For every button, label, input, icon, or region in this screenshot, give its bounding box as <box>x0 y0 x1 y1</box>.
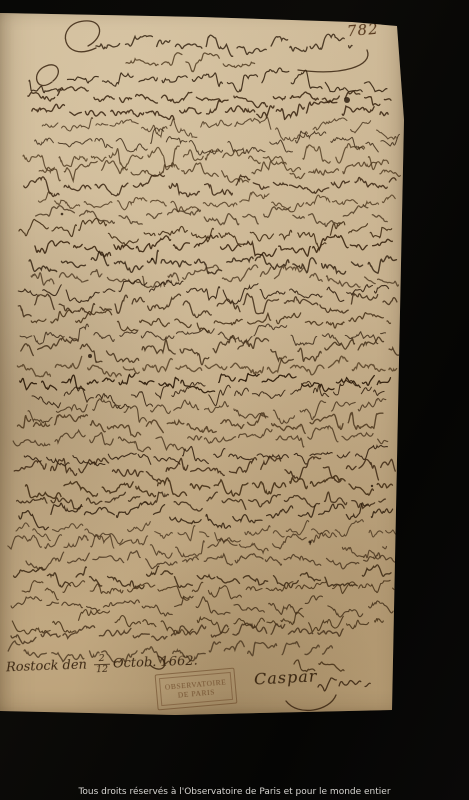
date-day-old-style: 2 <box>94 654 110 665</box>
stamp-line2: DE PARIS <box>177 687 215 700</box>
date-day-fraction: 212 <box>94 654 111 675</box>
signature: Caspar <box>254 666 318 688</box>
handwriting-ink <box>0 0 412 722</box>
library-stamp: OBSERVATOIRE DE PARIS <box>155 668 238 711</box>
date-place: Rostock <box>6 658 59 675</box>
date-month-year: Octob. 1662. <box>113 654 198 672</box>
copyright-notice: Tous droits réservés à l'Observatoire de… <box>0 787 469 797</box>
photo-backdrop: 782 Rostockden212Octob. 1662. Caspar OBS… <box>0 0 469 800</box>
date-day-new-style: 12 <box>94 664 110 676</box>
manuscript-page: 782 Rostockden212Octob. 1662. Caspar OBS… <box>0 0 412 722</box>
library-stamp-text: OBSERVATOIRE DE PARIS <box>159 672 233 706</box>
folio-number: 782 <box>346 20 379 41</box>
date-word: den <box>62 657 87 673</box>
signature-name: Caspar <box>254 666 318 688</box>
